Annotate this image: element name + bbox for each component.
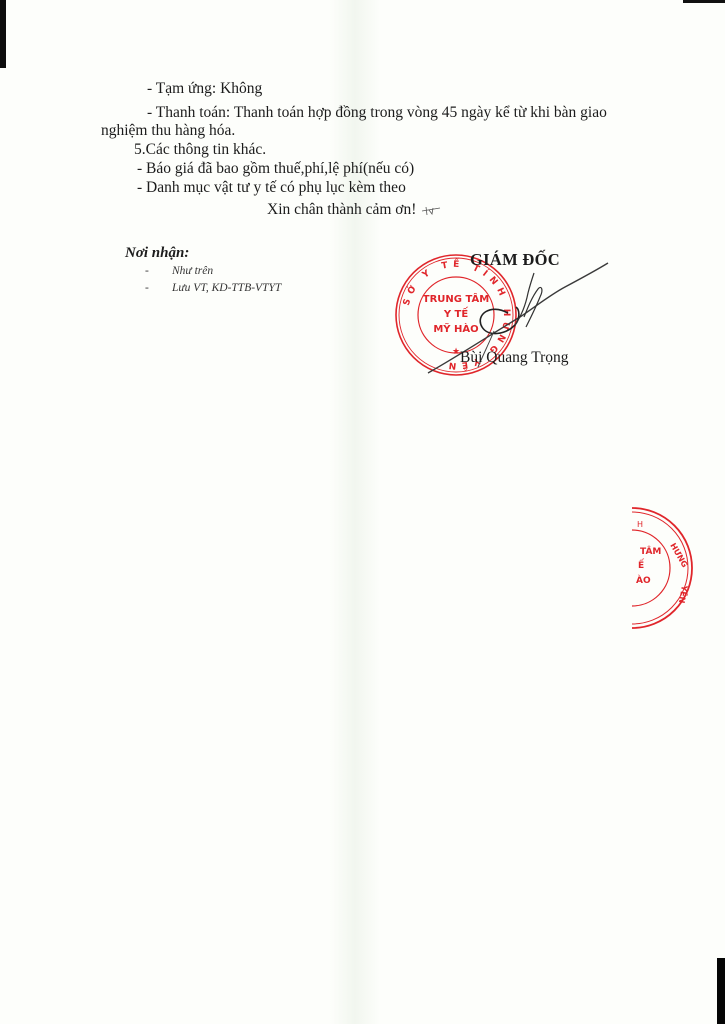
recipient-text: Như trên bbox=[172, 265, 213, 277]
signer-name: Bùi Quang Trọng bbox=[460, 349, 569, 367]
recipient-dash: - bbox=[145, 282, 172, 294]
thanks-line: Xin chân thành cảm ơn! bbox=[267, 201, 442, 219]
recipient-dash: - bbox=[145, 265, 172, 277]
thanks-text: Xin chân thành cảm ơn! bbox=[267, 201, 416, 218]
payment-terms-continuation: nghiệm thu hàng hóa. bbox=[101, 122, 235, 140]
partial-stamp-fragment: ÀO bbox=[636, 574, 651, 586]
payment-terms-line: - Thanh toán: Thanh toán hợp đồng trong … bbox=[147, 104, 607, 122]
partial-stamp-fragment: TÂM bbox=[640, 545, 661, 557]
partial-stamp-fragment: H bbox=[637, 520, 643, 529]
partial-stamp-fragment: Ế bbox=[638, 558, 645, 571]
advance-payment-line: - Tạm ứng: Không bbox=[147, 80, 262, 98]
recipients-title: Nơi nhận: bbox=[125, 245, 189, 262]
recipient-item: -Như trên bbox=[145, 265, 213, 277]
tax-included-line: - Báo giá đã bao gồm thuế,phí,lệ phí(nếu… bbox=[137, 160, 414, 178]
scan-edge-top-right bbox=[683, 0, 725, 3]
appendix-line: - Danh mục vật tư y tế có phụ lục kèm th… bbox=[137, 179, 406, 197]
other-info-heading: 5.Các thông tin khác. bbox=[134, 141, 266, 159]
partial-stamp-fragment: YÊN bbox=[677, 584, 691, 605]
scan-edge-left bbox=[0, 0, 6, 68]
recipient-item: -Lưu VT, KD-TTB-VTYT bbox=[145, 282, 281, 294]
initials-mark-icon bbox=[420, 204, 442, 216]
recipient-text: Lưu VT, KD-TTB-VTYT bbox=[172, 282, 281, 294]
scan-shading bbox=[330, 0, 380, 1024]
scan-edge-bottom-right bbox=[717, 958, 725, 1024]
partial-page-stamp-icon: H HƯNG YÊN TÂM Ế ÀO bbox=[570, 505, 695, 630]
